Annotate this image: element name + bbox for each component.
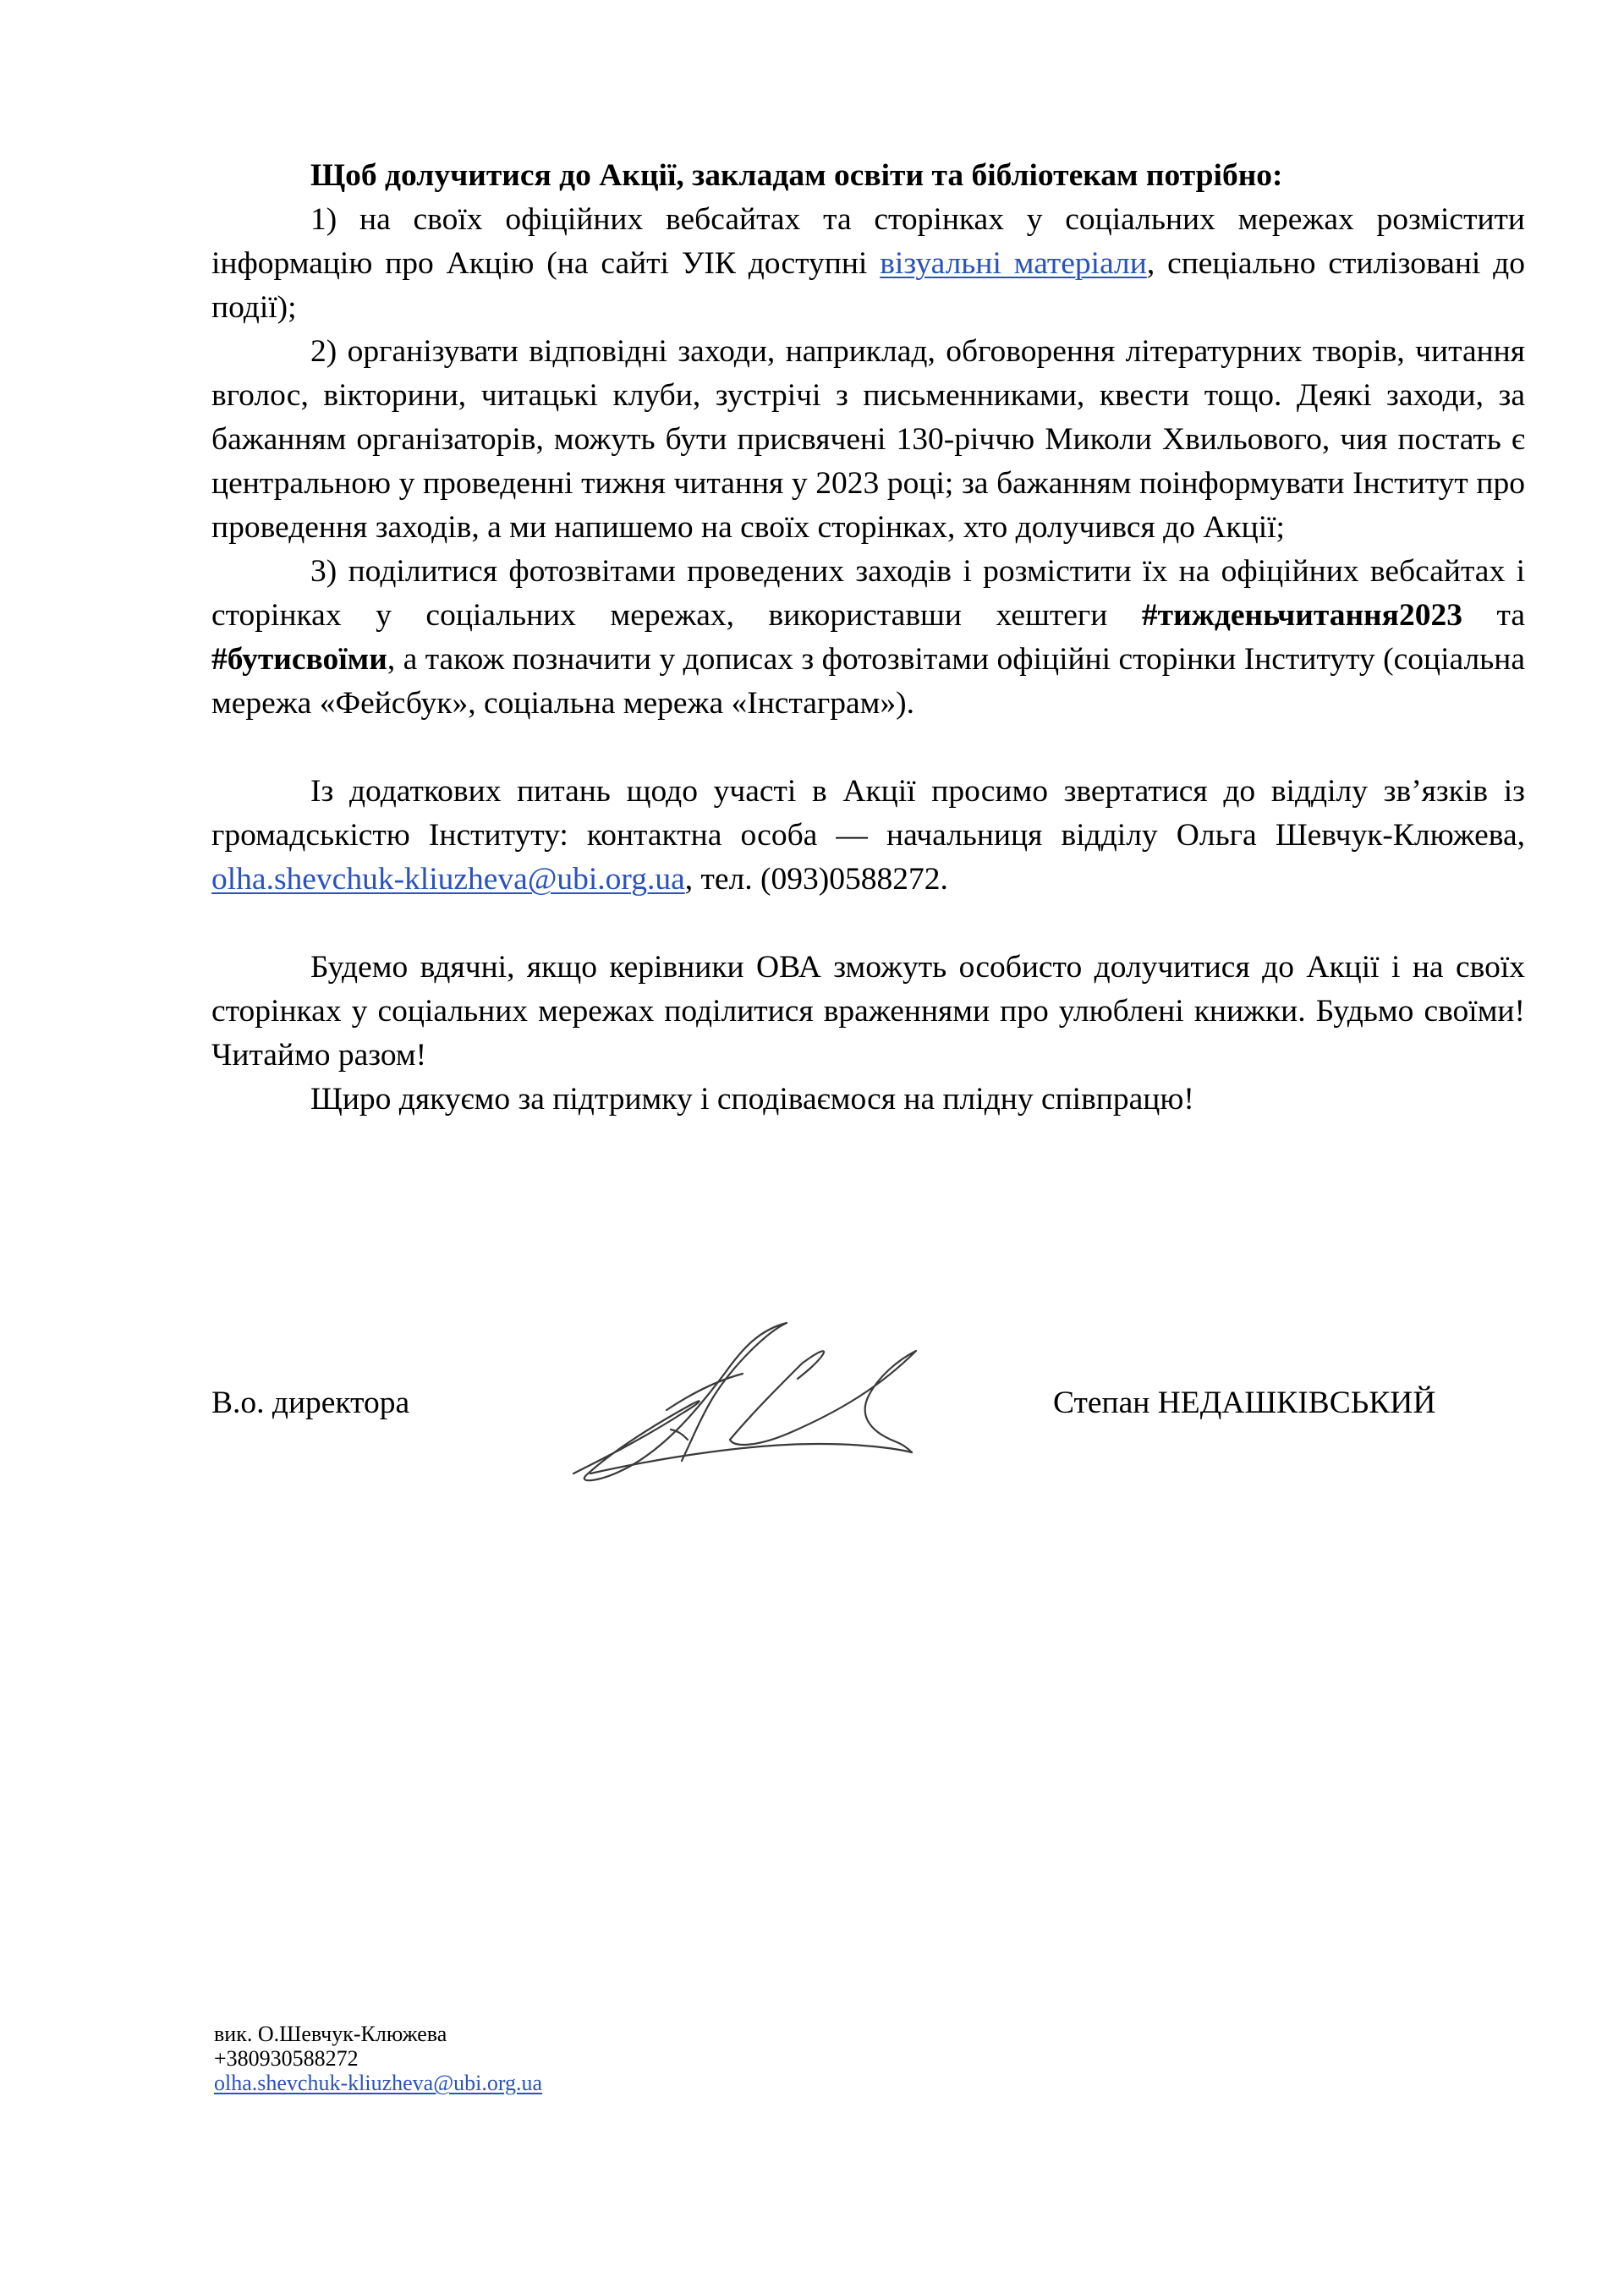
executor-phone: +380930588272 [214,2046,542,2071]
visual-materials-link[interactable]: візуальні матеріали [880,246,1147,281]
item-2-paragraph: 2) організувати відповідні заходи, напри… [211,330,1525,550]
thanks-paragraph: Будемо вдячні, якщо керівники ОВА зможут… [211,946,1525,1078]
requirements-heading: Щоб долучитися до Акції, закладам освіти… [211,154,1525,198]
signatory-name: Степан НЕДАШКІВСЬКИЙ [1053,1381,1435,1425]
executor-email-link[interactable]: olha.shevchuk-kliuzheva@ubi.org.ua [214,2071,542,2095]
item-3-text-between: та [1462,598,1525,633]
executor-footer: вик. О.Шевчук-Клюжева +380930588272 olha… [214,2022,542,2095]
signatory-title: В.о. директора [211,1381,409,1425]
executor-name: вик. О.Шевчук-Клюжева [214,2022,542,2046]
contact-paragraph: Із додаткових питань щодо участі в Акції… [211,770,1525,902]
hashtag-reading-week: #тижденьчитання2023 [1142,598,1462,633]
hashtag-be-ourselves: #бутисвоїми [211,642,387,677]
item-1-paragraph: 1) на своїх офіційних вебсайтах та сторі… [211,198,1525,330]
contact-email-link[interactable]: olha.shevchuk-kliuzheva@ubi.org.ua [211,862,685,897]
letter-body: Щоб долучитися до Акції, закладам освіти… [211,154,1525,1122]
contact-text-start: Із додаткових питань щодо участі в Акції… [211,774,1525,853]
signature-row: В.о. директора Степан НЕДАШКІВСЬКИЙ [211,1381,1525,1432]
contact-text-end: , тел. (093)0588272. [685,862,948,897]
item-3-text-end: , а також позначити у дописах з фотозвіт… [211,642,1525,721]
closing-paragraph: Щиро дякуємо за підтримку і сподіваємося… [211,1078,1525,1122]
item-3-paragraph: 3) поділитися фотозвітами проведених зах… [211,550,1525,726]
